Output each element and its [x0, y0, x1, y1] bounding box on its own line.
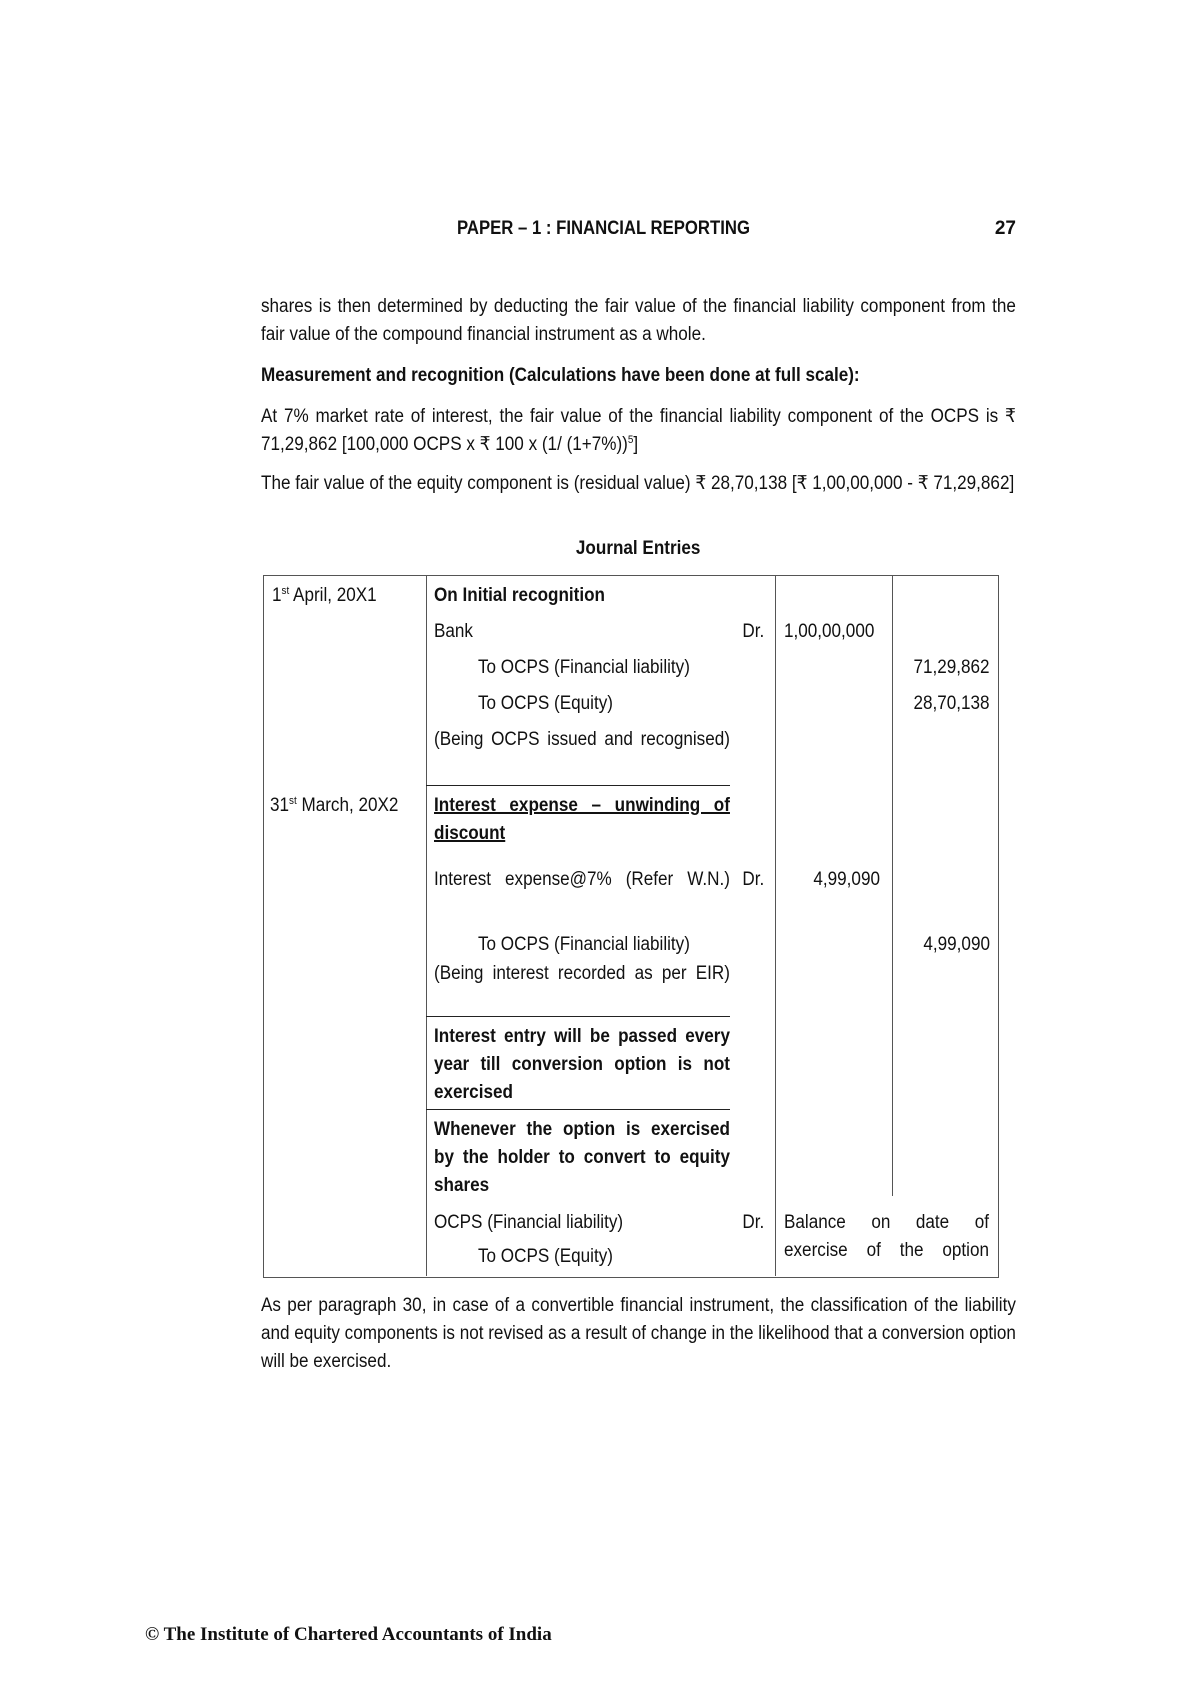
debit-account: Bank	[434, 618, 477, 646]
narration: (Being OCPS issued and recognised)	[434, 726, 730, 754]
measurement-heading: Measurement and recognition (Calculation…	[261, 362, 1016, 390]
dr-marker: Dr.	[740, 866, 764, 894]
interest-entry-note: Interest entry will be passed every year…	[434, 1023, 730, 1107]
debit-amount: 4,99,090	[806, 866, 880, 894]
row-separator	[426, 785, 730, 786]
debit-amount: 1,00,00,000	[784, 618, 884, 646]
dr-marker: Dr.	[740, 1209, 764, 1237]
fair-value-equity-paragraph: The fair value of the equity component i…	[261, 470, 1016, 498]
column-divider-credit	[892, 576, 893, 1196]
conversion-amount: Balance on date of exercise of the optio…	[784, 1209, 989, 1265]
credit-amount: 4,99,090	[916, 931, 990, 959]
debit-account: OCPS (Financial liability)	[434, 1209, 644, 1237]
column-divider-debit	[775, 576, 776, 1276]
paper-title: PAPER – 1 : FINANCIAL REPORTING	[457, 218, 750, 240]
credit-account: To OCPS (Financial liability)	[478, 654, 713, 682]
credit-account: To OCPS (Equity)	[478, 690, 628, 718]
page-number: 27	[995, 218, 1016, 240]
entry-date: 31st March, 20X2	[270, 792, 413, 820]
entry-heading: Interest expense – unwinding of discount	[434, 792, 730, 848]
column-divider-date	[426, 576, 427, 1276]
conversion-note: Whenever the option is exercised by the …	[434, 1116, 730, 1200]
journal-entries-table: 1st April, 20X1 On Initial recognition B…	[263, 575, 999, 1278]
credit-account: To OCPS (Financial liability)	[478, 931, 713, 959]
page-header: PAPER – 1 : FINANCIAL REPORTING 27	[261, 218, 1016, 244]
row-separator	[426, 1016, 730, 1017]
debit-account: Interest expense@7% (Refer W.N.)	[434, 866, 730, 894]
closing-paragraph: As per paragraph 30, in case of a conver…	[261, 1292, 1016, 1376]
entry-date: 1st April, 20X1	[272, 582, 388, 610]
narration: (Being interest recorded as per EIR)	[434, 960, 730, 988]
intro-paragraph: shares is then determined by deducting t…	[261, 293, 1016, 349]
dr-marker: Dr.	[740, 618, 764, 646]
credit-amount: 71,29,862	[905, 654, 990, 682]
credit-amount: 28,70,138	[905, 690, 990, 718]
journal-entries-title: Journal Entries	[261, 538, 1016, 560]
entry-heading: On Initial recognition	[434, 582, 624, 610]
row-separator	[426, 1109, 730, 1110]
credit-account: To OCPS (Equity)	[478, 1243, 628, 1271]
fair-value-liability-paragraph: At 7% market rate of interest, the fair …	[261, 403, 1016, 459]
copyright-footer: © The Institute of Chartered Accountants…	[145, 1624, 552, 1646]
